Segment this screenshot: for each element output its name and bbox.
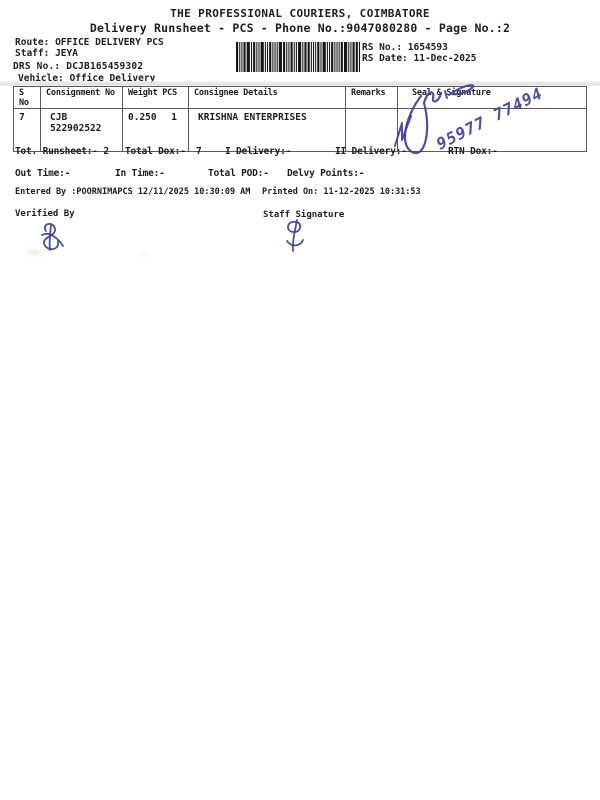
rs-no-value: 1654593 [408, 42, 448, 53]
col-consignee-details: Consignee Details [189, 87, 346, 109]
runsheet-document: THE PROFESSIONAL COURIERS, COIMBATORE De… [0, 0, 600, 800]
total-dox-label: Total Dox:- [125, 146, 186, 157]
entered-by-label: Entered By : [15, 187, 76, 197]
staff-signature-mark [281, 218, 313, 256]
delvy-points-label: Delvy Points:- [287, 168, 364, 179]
staff-label: Staff: [15, 48, 49, 59]
drs-label: DRS No.: [13, 61, 60, 72]
in-time-label: In Time:- [115, 168, 165, 179]
printed-on-value: 11-12-2025 10:31:53 [323, 187, 420, 197]
cell-weight: 0.250 [128, 112, 157, 123]
printed-on-label: Printed On: [262, 187, 318, 197]
verified-by-signature [37, 221, 73, 257]
col-weight-pcs: WeightPCS [123, 87, 189, 109]
scan-smudge [140, 253, 148, 257]
route-line: Route: OFFICE DELIVERY PCS [15, 37, 164, 48]
route-label: Route: [15, 37, 49, 48]
total-dox-value: 7 [196, 146, 202, 157]
document-subtitle: Delivery Runsheet - PCS - Phone No.:9047… [0, 21, 600, 35]
out-time-label: Out Time:- [15, 168, 70, 179]
tot-runsheet-value: 2 [103, 146, 109, 157]
col-s-no: S No [14, 87, 41, 109]
entered-by-line: Entered By :POORNIMAPCS 12/11/2025 10:30… [15, 187, 250, 197]
staff-line: Staff: JEYA [15, 48, 78, 59]
cell-pcs: 1 [171, 112, 177, 123]
entered-by-value: POORNIMAPCS 12/11/2025 10:30:09 AM [76, 187, 250, 197]
ii-delivery-label: II Delivery:- [335, 146, 407, 157]
staff-value: JEYA [55, 48, 78, 59]
company-title: THE PROFESSIONAL COURIERS, COIMBATORE [0, 7, 600, 20]
rs-date-label: RS Date: [362, 53, 408, 64]
verified-by-label: Verified By [15, 209, 75, 219]
scan-smudge [28, 250, 42, 255]
tot-runsheet: Tot. Runsheet:- 2 [15, 146, 109, 157]
total-pod-label: Total POD:- [208, 168, 269, 179]
rs-no-line: RS No.: 1654593 [362, 42, 448, 53]
rs-date-line: RS Date: 11-Dec-2025 [362, 53, 476, 64]
route-value: OFFICE DELIVERY PCS [55, 37, 164, 48]
drs-value: DCJB165459302 [66, 61, 143, 72]
i-delivery-label: I Delivery:- [225, 146, 291, 157]
rs-no-label: RS No.: [362, 42, 402, 53]
tot-runsheet-label: Tot. Runsheet:- [15, 146, 98, 157]
printed-on-line: Printed On: 11-12-2025 10:31:53 [262, 187, 421, 197]
col-pcs: PCS [162, 88, 177, 98]
col-consignment-no: Consignment No [41, 87, 123, 109]
rtn-dox-label: RTN Dox:- [448, 146, 498, 157]
rs-date-value: 11-Dec-2025 [414, 53, 477, 64]
col-weight: Weight [128, 88, 158, 98]
drs-line: DRS No.: DCJB165459302 [13, 61, 143, 72]
rs-barcode-icon [236, 42, 360, 72]
consignee-signature: 95977 77494 [383, 82, 593, 174]
